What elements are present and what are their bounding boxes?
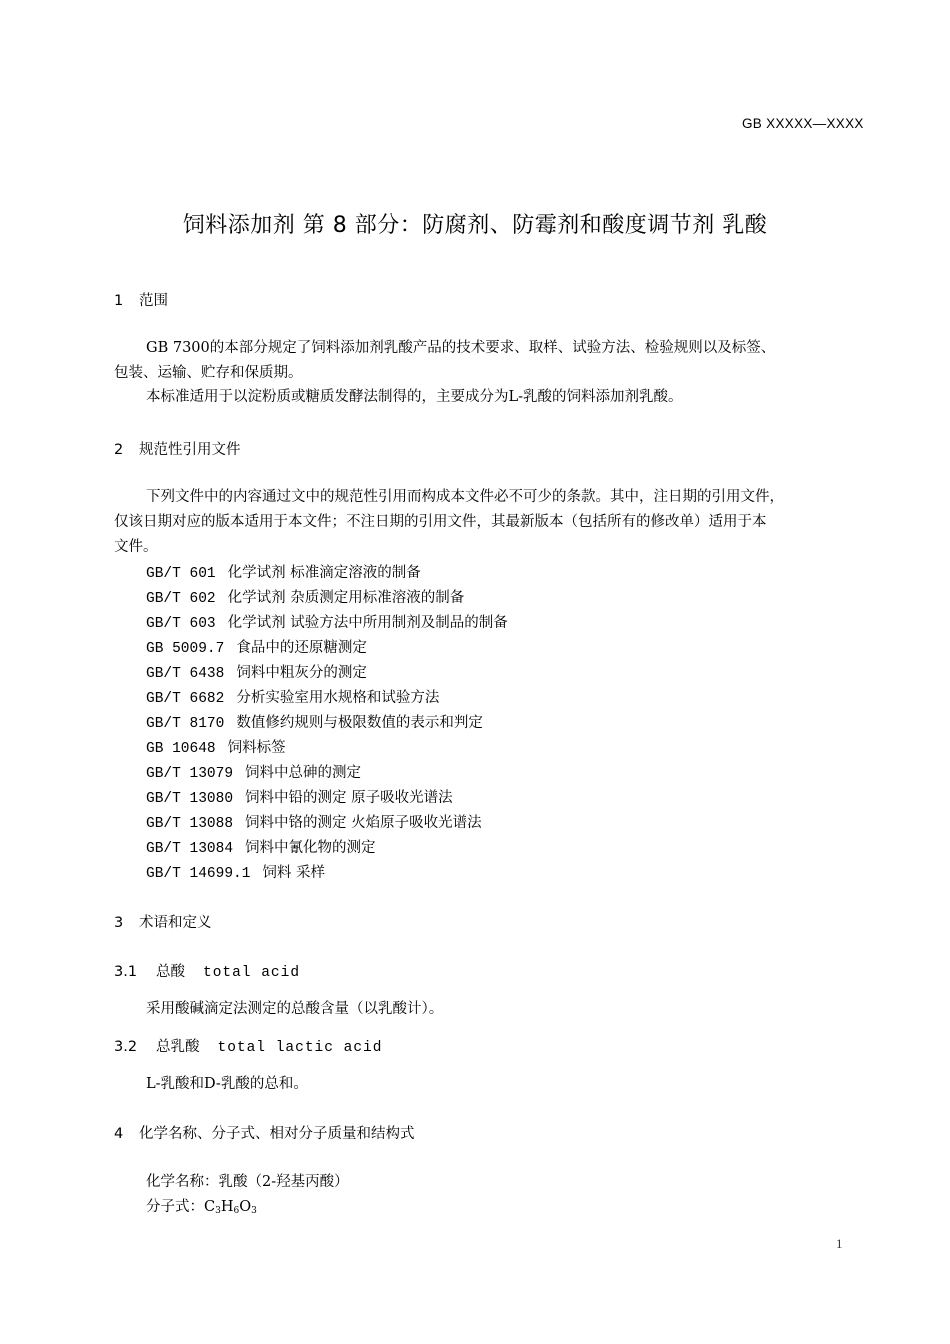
reference-item: GB 5009.7食品中的还原糖测定 — [146, 636, 367, 657]
reference-code: GB 5009.7 — [146, 641, 224, 657]
reference-code: GB/T 13079 — [146, 766, 233, 782]
reference-title: 分析实验室用水规格和试验方法 — [236, 690, 439, 706]
reference-title: 化学试剂 标准滴定溶液的制备 — [228, 565, 421, 581]
reference-code: GB/T 602 — [146, 591, 216, 607]
molecular-formula: C3H6O3 — [204, 1199, 257, 1215]
reference-code: GB/T 13088 — [146, 816, 233, 832]
molecular-formula-line: 分子式：C3H6O3 — [146, 1195, 257, 1224]
reference-item: GB/T 6438饲料中粗灰分的测定 — [146, 661, 367, 682]
reference-title: 饲料中铬的测定 火焰原子吸收光谱法 — [245, 815, 482, 831]
section-heading-chemical-info: 4化学名称、分子式、相对分子质量和结构式 — [114, 1122, 415, 1143]
scope-paragraph-line: 包装、运输、贮存和保质期。 — [114, 361, 303, 386]
term-zh: 总酸 — [156, 964, 185, 980]
term-en: total acid — [203, 965, 300, 981]
reference-title: 数值修约规则与极限数值的表示和判定 — [236, 715, 483, 731]
section-title: 规范性引用文件 — [139, 442, 241, 458]
scope-paragraph-line: GB 7300的本部分规定了饲料添加剂乳酸产品的技术要求、取样、试验方法、检验规… — [146, 336, 775, 361]
molecular-formula-label: 分子式： — [146, 1199, 204, 1215]
section-title: 化学名称、分子式、相对分子质量和结构式 — [139, 1126, 415, 1142]
section-number: 2 — [114, 442, 139, 458]
section-number: 3 — [114, 915, 139, 931]
chemical-name-line: 化学名称：乳酸（2-羟基丙酸） — [146, 1170, 349, 1195]
reference-title: 食品中的还原糖测定 — [236, 640, 367, 656]
term-definition: 采用酸碱滴定法测定的总酸含量（以乳酸计）。 — [146, 997, 443, 1022]
reference-code: GB/T 601 — [146, 566, 216, 582]
reference-item: GB/T 13080饲料中铅的测定 原子吸收光谱法 — [146, 786, 453, 807]
reference-code: GB/T 6438 — [146, 666, 224, 682]
reference-code: GB/T 13084 — [146, 841, 233, 857]
reference-item: GB/T 6682分析实验室用水规格和试验方法 — [146, 686, 439, 707]
reference-title: 饲料中铅的测定 原子吸收光谱法 — [245, 790, 453, 806]
reference-title: 饲料中粗灰分的测定 — [236, 665, 367, 681]
term-zh: 总乳酸 — [156, 1039, 200, 1055]
section-number: 4 — [114, 1126, 139, 1142]
reference-code: GB/T 8170 — [146, 716, 224, 732]
section-number: 1 — [114, 293, 139, 309]
reference-title: 饲料 采样 — [262, 865, 325, 881]
term-number: 3.1 — [114, 964, 156, 980]
reference-item: GB/T 14699.1饲料 采样 — [146, 861, 325, 882]
chemical-name-value: 乳酸（2-羟基丙酸） — [219, 1174, 349, 1190]
chemical-name-label: 化学名称： — [146, 1174, 219, 1190]
reference-code: GB/T 13080 — [146, 791, 233, 807]
standard-code: GB XXXXX—XXXX — [742, 116, 864, 131]
section-heading-scope: 1范围 — [114, 289, 168, 310]
reference-code: GB/T 14699.1 — [146, 866, 250, 882]
section-title: 范围 — [139, 293, 168, 309]
term-definition: L-乳酸和D-乳酸的总和。 — [146, 1072, 308, 1097]
scope-paragraph-line: 本标准适用于以淀粉质或糖质发酵法制得的，主要成分为L-乳酸的饲料添加剂乳酸。 — [146, 385, 683, 410]
section-title: 术语和定义 — [139, 915, 212, 931]
document-title: 饲料添加剂 第 8 部分：防腐剂、防霉剂和酸度调节剂 乳酸 — [0, 208, 950, 239]
reference-item: GB/T 601化学试剂 标准滴定溶液的制备 — [146, 561, 421, 582]
reference-item: GB/T 603化学试剂 试验方法中所用制剂及制品的制备 — [146, 611, 508, 632]
term-number: 3.2 — [114, 1039, 156, 1055]
reference-title: 饲料中总砷的测定 — [245, 765, 361, 781]
term-en: total lactic acid — [218, 1040, 383, 1056]
references-intro-line: 下列文件中的内容通过文中的规范性引用而构成本文件必不可少的条款。其中，注日期的引… — [146, 485, 784, 510]
term-heading: 3.2总乳酸total lactic acid — [114, 1035, 382, 1056]
section-heading-normative-references: 2规范性引用文件 — [114, 438, 241, 459]
section-heading-terms: 3术语和定义 — [114, 911, 212, 932]
page-number: 1 — [836, 1236, 843, 1252]
reference-code: GB 10648 — [146, 741, 216, 757]
reference-title: 饲料标签 — [228, 740, 286, 756]
reference-title: 化学试剂 杂质测定用标准溶液的制备 — [228, 590, 465, 606]
references-intro-line: 仅该日期对应的版本适用于本文件；不注日期的引用文件，其最新版本（包括所有的修改单… — [114, 510, 767, 535]
reference-item: GB 10648饲料标签 — [146, 736, 286, 757]
reference-item: GB/T 8170数值修约规则与极限数值的表示和判定 — [146, 711, 483, 732]
reference-item: GB/T 13084饲料中氰化物的测定 — [146, 836, 376, 857]
reference-item: GB/T 602化学试剂 杂质测定用标准溶液的制备 — [146, 586, 464, 607]
reference-title: 饲料中氰化物的测定 — [245, 840, 376, 856]
references-intro-line: 文件。 — [114, 535, 158, 560]
reference-code: GB/T 6682 — [146, 691, 224, 707]
reference-code: GB/T 603 — [146, 616, 216, 632]
term-heading: 3.1总酸total acid — [114, 960, 300, 981]
reference-item: GB/T 13088饲料中铬的测定 火焰原子吸收光谱法 — [146, 811, 482, 832]
reference-item: GB/T 13079饲料中总砷的测定 — [146, 761, 361, 782]
reference-title: 化学试剂 试验方法中所用制剂及制品的制备 — [228, 615, 508, 631]
